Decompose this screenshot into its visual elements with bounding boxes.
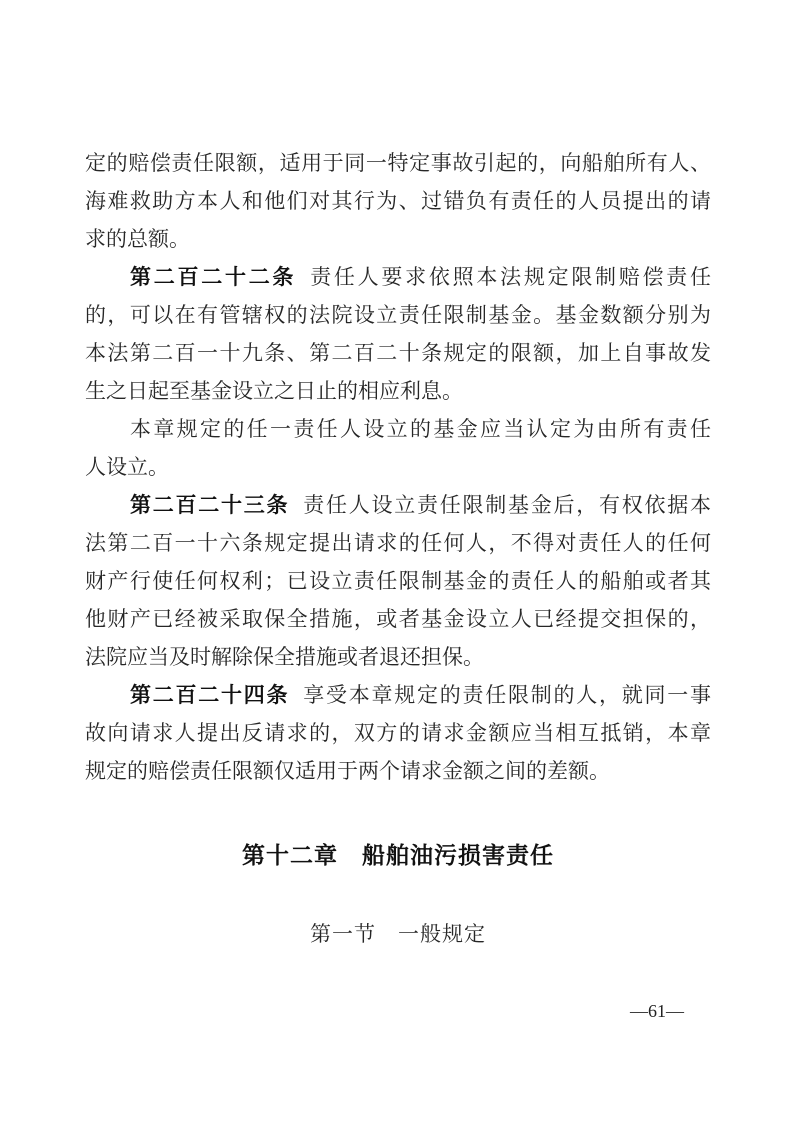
text-line: 第二百二十四条享受本章规定的责任限制的人，就同一事: [85, 676, 711, 714]
text-line: 第二百二十二条责任人要求依照本法规定限制赔偿责任: [85, 258, 711, 296]
section-1-heading: 第一节 一般规定: [85, 915, 711, 953]
text-line: 财产行使任何权利；已设立责任限制基金的责任人的船舶或者其: [85, 562, 711, 600]
text-block: 定的赔偿责任限额，适用于同一特定事故引起的，向船舶所有人、海难救助方本人和他们对…: [85, 144, 711, 953]
text-line: 人设立。: [85, 448, 711, 486]
text-line: 法院应当及时解除保全措施或者退还担保。: [85, 638, 711, 676]
text-line: 第二百二十三条责任人设立责任限制基金后，有权依据本: [85, 486, 711, 524]
continuation-paragraph: 定的赔偿责任限额，适用于同一特定事故引起的，向船舶所有人、海难救助方本人和他们对…: [85, 144, 711, 258]
page-number: —61—: [630, 1000, 684, 1022]
text-line: 定的赔偿责任限额，适用于同一特定事故引起的，向船舶所有人、: [85, 144, 711, 182]
article-number: 第二百二十三条: [130, 494, 289, 517]
text-line: 生之日起至基金设立之日止的相应利息。: [85, 372, 711, 410]
article-number: 第二百二十二条: [130, 266, 296, 289]
text-line: 规定的赔偿责任限额仅适用于两个请求金额之间的差额。: [85, 752, 711, 790]
chapter-12-heading: 第十二章 船舶油污损害责任: [85, 836, 711, 874]
text-line: 法第二百一十六条规定提出请求的任何人，不得对责任人的任何: [85, 524, 711, 562]
document-page: 定的赔偿责任限额，适用于同一特定事故引起的，向船舶所有人、海难救助方本人和他们对…: [0, 0, 793, 1122]
article-223: 第二百二十三条责任人设立责任限制基金后，有权依据本法第二百一十六条规定提出请求的…: [85, 486, 711, 676]
text-line: 本法第二百一十九条、第二百二十条规定的限额，加上自事故发: [85, 334, 711, 372]
text-line: 他财产已经被采取保全措施，或者基金设立人已经提交担保的，: [85, 600, 711, 638]
fund-deemed-paragraph: 本章规定的任一责任人设立的基金应当认定为由所有责任人设立。: [85, 410, 711, 486]
text-line: 故向请求人提出反请求的，双方的请求金额应当相互抵销，本章: [85, 714, 711, 752]
text-line: 的，可以在有管辖权的法院设立责任限制基金。基金数额分别为: [85, 296, 711, 334]
text-line: 海难救助方本人和他们对其行为、过错负有责任的人员提出的请: [85, 182, 711, 220]
article-number: 第二百二十四条: [130, 684, 289, 707]
text-line: 求的总额。: [85, 220, 711, 258]
article-222: 第二百二十二条责任人要求依照本法规定限制赔偿责任的，可以在有管辖权的法院设立责任…: [85, 258, 711, 410]
text-line: 本章规定的任一责任人设立的基金应当认定为由所有责任: [85, 410, 711, 448]
article-224: 第二百二十四条享受本章规定的责任限制的人，就同一事故向请求人提出反请求的，双方的…: [85, 676, 711, 790]
